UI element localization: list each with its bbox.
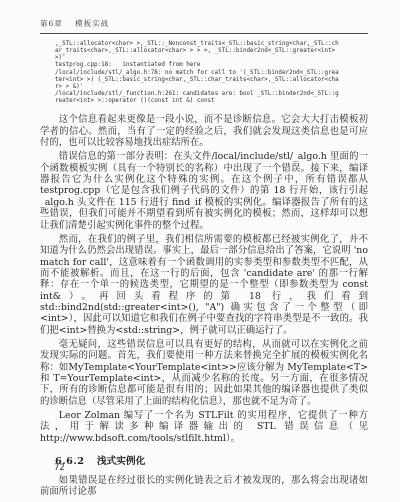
- running-head: 第6章 模板实战: [40, 18, 368, 34]
- body-paragraph: 然而，在我们的例子里，我们相信所需要的模板都已经被实例化了，并不知道为什么仍然会…: [40, 234, 368, 336]
- code-line: ,_STL::allocator<char> >,_STL::_Nonconst…: [55, 41, 368, 48]
- body-paragraph: 错误信息的第一部分表明：在头文件/local/include/stl/_algo…: [40, 151, 368, 230]
- chapter-title: 模板实战: [75, 19, 109, 28]
- book-page: 第6章 模板实战 ,_STL::allocator<char> >,_STL::…: [0, 0, 400, 502]
- body-paragraph: 如果错误是在经过很长的实例化链表之后才被发现的，那么将会出现诸如前面所讨论那: [40, 475, 368, 498]
- compiler-output-block: ,_STL::allocator<char> >,_STL::_Nonconst…: [55, 41, 368, 105]
- code-line: reater<int> >::operator ()(const int &) …: [55, 98, 368, 105]
- section-title: 浅式实例化: [97, 456, 145, 467]
- code-line: ter<int> >) (_STL::basic_string<char,_ST…: [55, 77, 368, 84]
- body-paragraph: Leor Zolman 编写了一个名为 STLFilt 的实用程序，它提供了一种…: [40, 410, 368, 444]
- chapter-label: 第6章: [40, 19, 63, 28]
- body-text: 这个信息看起来更像是一段小说，而不是诊断信息。它会大大打击模板初学者的信心。然而…: [40, 114, 368, 497]
- body-paragraph: 这个信息看起来更像是一段小说，而不是诊断信息。它会大大打击模板初学者的信心。然而…: [40, 114, 368, 148]
- section-heading: 6.6.2 浅式实例化: [55, 453, 368, 467]
- page-number: 72: [54, 463, 65, 473]
- page-content: 第6章 模板实战 ,_STL::allocator<char> >,_STL::…: [40, 18, 368, 501]
- code-line: testprog.cpp:18: instantiated from here: [55, 62, 368, 69]
- code-line: /local/include/stl/_algo.h:78: no match …: [55, 70, 368, 77]
- body-paragraph: 毫无疑问，这些错误信息可以具有更好的结构，从而就可以在实例化之前发现实际的问题。…: [40, 339, 368, 407]
- code-line: r> > &)': [55, 84, 368, 91]
- code-line: /local/include/stl/_function.h:261: cand…: [55, 91, 368, 98]
- code-line: >)': [55, 55, 368, 62]
- code-line: ar_traits<char>,_STL::allocator<char> > …: [55, 48, 368, 55]
